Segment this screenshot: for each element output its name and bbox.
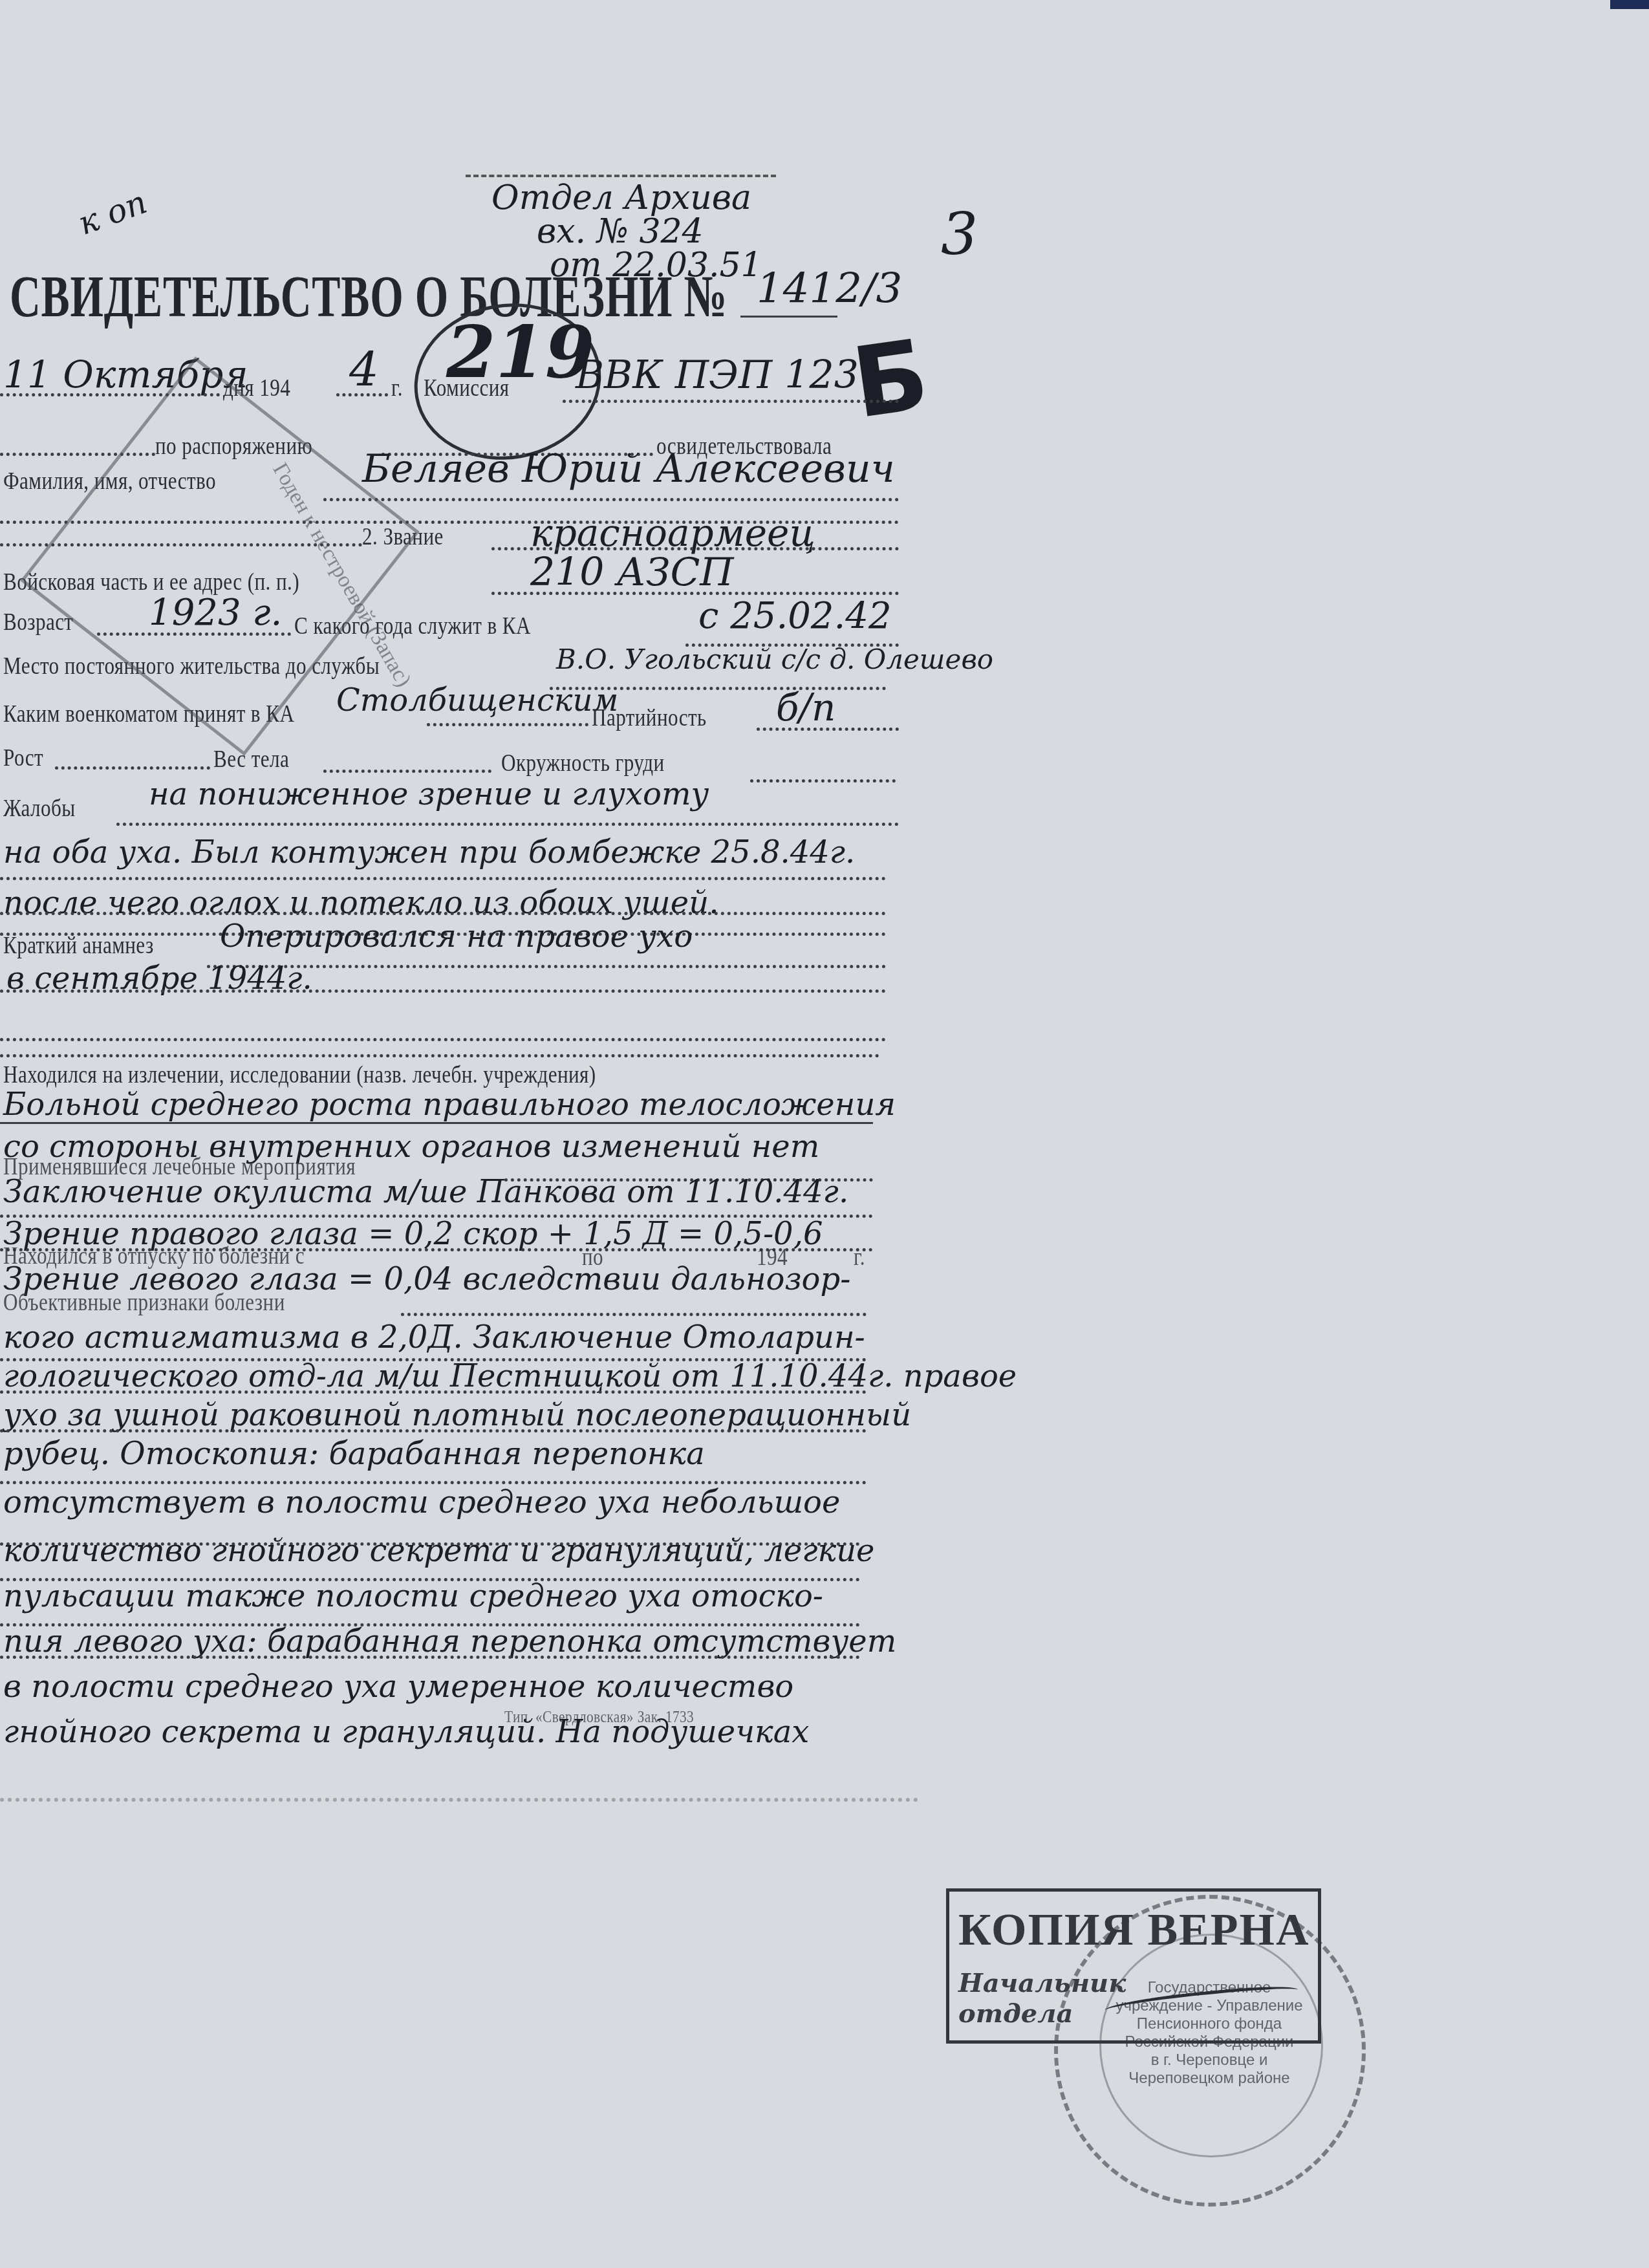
commission-value: ВВК ПЭП 123: [576, 352, 859, 398]
seal-line: в г. Череповце и: [1112, 2051, 1306, 2069]
medical-certificate-document: к оп Отдел Архива вх. № 324 от 22.03.51 …: [0, 0, 938, 1811]
enlistment-value: Столбищенским: [336, 682, 618, 718]
dotted-line: [401, 1313, 867, 1316]
residence-value: В.О. Угольский с/с д. Олешево: [556, 643, 993, 675]
findings-line: отсутствует в полости среднего уха небол…: [3, 1484, 840, 1520]
dotted-line: [323, 498, 899, 501]
findings-line: пия левого уха: барабанная перепонка отс…: [3, 1623, 896, 1659]
scan-edge-marker: [1610, 0, 1649, 9]
dotted-line: [0, 912, 886, 915]
copy-certified-title: КОПИЯ ВЕРНА: [958, 1905, 1310, 1956]
dotted-line: [0, 1390, 867, 1394]
findings-line: гологического отд-ла м/ш Пестницкой от 1…: [3, 1358, 1017, 1394]
objective-signs-label: Объективные признаки болезни: [3, 1288, 285, 1317]
dotted-line: [55, 766, 210, 770]
treatment-place-label: Находился на излечении, исследовании (на…: [3, 1061, 596, 1089]
findings-line: кого астигматизма в 2,0Д. Заключение Ото…: [3, 1319, 865, 1355]
dotted-line: [750, 779, 896, 783]
signature-scribble: [1105, 1982, 1299, 2018]
party-value: б/п: [776, 686, 835, 729]
year-digit: 4: [349, 343, 379, 397]
findings-line: в полости среднего уха умеренное количес…: [3, 1669, 793, 1705]
dotted-line: [0, 1429, 867, 1432]
party-label: Партийность: [592, 704, 707, 732]
findings-line: рубец. Отоскопия: барабанная перепонка: [3, 1436, 705, 1472]
faded-bottom-edge: [0, 1772, 918, 1802]
complaints-line: на оба уха. Был контужен при бомбежке 25…: [3, 834, 855, 870]
copy-certified-line2: отдела: [958, 1998, 1073, 2029]
document-title: СВИДЕТЕЛЬСТВО О БОЛЕЗНИ №: [10, 262, 727, 330]
findings-line: гнойного секрета и грануляций. На подуше…: [3, 1714, 809, 1750]
dotted-line: [323, 770, 491, 773]
commission-label: Комиссия: [424, 374, 510, 402]
dotted-line: [336, 393, 388, 396]
copy-certified-line1: Начальник: [958, 1968, 1126, 1998]
full-name-value: Беляев Юрий Алексеевич: [362, 446, 895, 491]
dotted-line: [0, 989, 886, 993]
dotted-line: [757, 728, 899, 731]
big-letter-mark: Б: [846, 319, 934, 440]
findings-line: количество гнойного секрета и грануляций…: [3, 1533, 875, 1569]
weight-label: Вес тела: [213, 745, 289, 773]
complaints-label: Жалобы: [3, 794, 76, 823]
dotted-line: [0, 877, 886, 880]
seal-line: Череповецком районе: [1112, 2069, 1306, 2088]
dotted-line: [0, 1038, 886, 1041]
findings-line: ухо за ушной раковиной плотный послеопер…: [3, 1397, 911, 1433]
unit-value: 210 АЗСП: [530, 550, 734, 595]
anamnesis-label: Краткий анамнез: [3, 931, 154, 960]
g-label: г.: [391, 374, 403, 402]
chest-label: Окружность груди: [501, 749, 665, 777]
dotted-line: [116, 823, 899, 826]
height-label: Рост: [3, 744, 43, 772]
findings-line: Больной среднего роста правильного телос…: [3, 1086, 896, 1123]
archive-note-line: вх. № 324: [491, 215, 762, 248]
rule-line: [0, 1122, 873, 1124]
dotted-line: [0, 1656, 860, 1659]
certificate-number: 1412/3: [757, 265, 902, 313]
page-number: 3: [941, 200, 978, 268]
findings-line: пульсации также полости среднего уха ото…: [3, 1578, 823, 1614]
copy-certified-stamp: КОПИЯ ВЕРНА Начальник отдела: [946, 1888, 1321, 2044]
complaints-line: после чего оглох и потекло из обоих ушей…: [3, 885, 718, 921]
dotted-line: [563, 400, 899, 403]
dotted-line: [0, 1054, 879, 1057]
service-since-value: с 25.02.42: [698, 595, 892, 637]
annotation-top-left: к оп: [73, 183, 151, 242]
number-underline: [740, 316, 837, 318]
anamnesis-line: Оперировался на правое ухо: [220, 918, 693, 955]
findings-line: Заключение окулиста м/ше Панкова от 11.1…: [3, 1174, 848, 1210]
leave-g-label: г.: [854, 1243, 865, 1271]
complaints-line: на пониженное зрение и глухоту: [149, 776, 709, 812]
dotted-line: [427, 723, 588, 726]
archive-note-line: Отдел Архива: [491, 181, 762, 215]
